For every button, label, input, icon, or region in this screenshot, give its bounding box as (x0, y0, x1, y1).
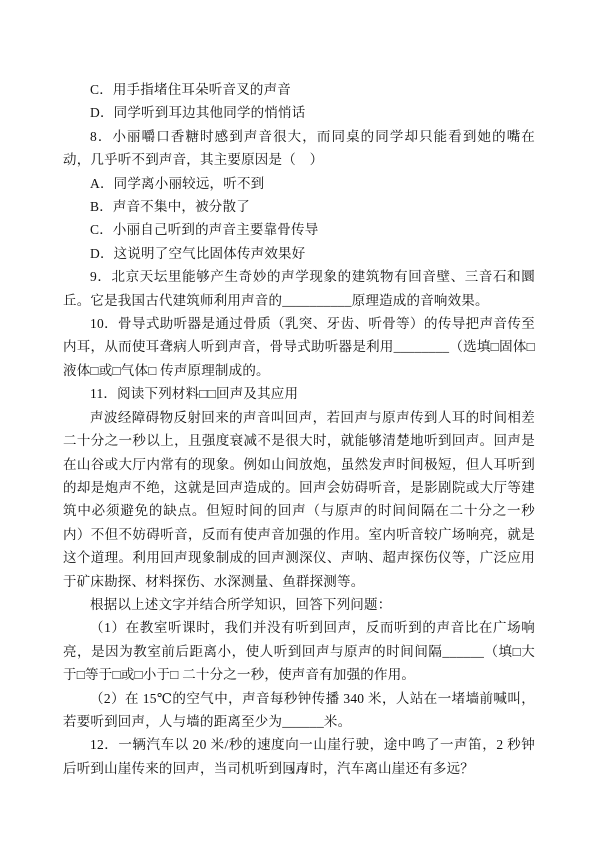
option-8-d: D．这说明了空气比固体传声效果好 (63, 242, 535, 265)
option-8-b: B．声音不集中，被分散了 (63, 195, 535, 218)
option-8-c: C．小丽自己听到的声音主要靠骨传导 (63, 218, 535, 241)
question-9: 9．北京天坛里能够产生奇妙的声学现象的建筑物有回音壁、三音石和圜丘。它是我国古代… (63, 265, 535, 312)
question-10: 10．骨导式助听器是通过骨质（乳突、牙齿、听骨等）的传导把声音传至内耳，从而使耳… (63, 312, 535, 382)
question-11-passage: 声波经障碍物反射回来的声音叫回声，若回声与原声传到人耳的时间相差二十分之一秒以上… (63, 406, 535, 593)
document-content: C．用手指堵住耳朵听音叉的声音 D．同学听到耳边其他同学的悄悄话 8．小丽嚼口香… (63, 78, 535, 780)
question-8: 8．小丽嚼口香糖时感到声音很大，而同桌的同学却只能看到她的嘴在动，几乎听不到声音… (63, 125, 535, 172)
option-8-a: A．同学离小丽较远，听不到 (63, 172, 535, 195)
document-page: C．用手指堵住耳朵听音叉的声音 D．同学听到耳边其他同学的悄悄话 8．小丽嚼口香… (0, 0, 595, 841)
page-number: 3 / 4 (0, 766, 595, 777)
question-11-part-2: （2）在 15℃的空气中，声音每秒钟传播 340 米，人站在一堵墙前喊叫，若要听… (63, 687, 535, 734)
question-11-title: 11．阅读下列材料□□回声及其应用 (63, 382, 535, 405)
question-11-part-1: （1）在教室听课时，我们并没有听到回声，反而听到的声音比在广场响亮，是因为教室前… (63, 616, 535, 686)
option-7-d: D．同学听到耳边其他同学的悄悄话 (63, 101, 535, 124)
option-7-c: C．用手指堵住耳朵听音叉的声音 (63, 78, 535, 101)
question-11-instruction: 根据以上述文字并结合所学知识，回答下列问题： (63, 593, 535, 616)
